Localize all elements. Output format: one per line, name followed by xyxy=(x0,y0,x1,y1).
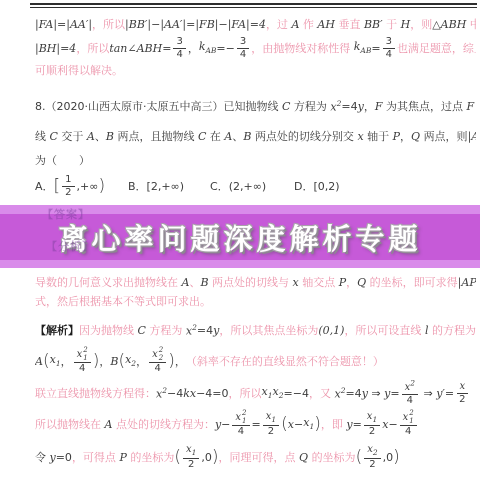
topic-banner: 离心率问题深度解析专题 【答案】 【分析】 xyxy=(0,205,480,268)
question-8-line-1: 8.（2020·山西太原市·太原五中高三）已知抛物线 C 方程为 x2=4y，F… xyxy=(35,96,476,116)
previous-solution-line-1: |FA|=|AA′|，所以|BB′|−|AA′|=|FB|−|FA|=4，过 A… xyxy=(35,14,476,34)
solution-system-line: 联立直线抛物线方程得：x2−4kx−4=0，所以x1x2=−4，又 x2=4y … xyxy=(35,378,476,408)
question-8-line-3: 为（ ） xyxy=(35,152,476,168)
option-d: D．[0,2) xyxy=(294,178,340,194)
worksheet-page: |FA|=|AA′|，所以|BB′|−|AA′|=|FB|−|FA|=4，过 A… xyxy=(0,0,480,480)
previous-solution-line-3: 可顺利得以解决。 xyxy=(35,62,476,78)
solution-tangent-line: 所以抛物线在 A 点处的切线方程为：y−x214=x12(x−x1)，即 y=x… xyxy=(35,408,476,440)
bleed-answer-label: 【答案】 xyxy=(42,206,90,222)
option-c: C．(2,+∞) xyxy=(210,178,294,194)
option-b: B．[2,+∞) xyxy=(128,178,210,194)
option-a: A．[12,+∞) xyxy=(35,174,128,198)
solution-header-line: 【解析】因为抛物线 C 方程为 x2=4y，所以其焦点坐标为(0,1)，所以可设… xyxy=(35,318,476,342)
previous-solution-line-2: |BH|=4，所以tan∠ABH=34，kAB=−34，由抛物线对称性得 kAB… xyxy=(35,34,476,62)
bleed-analysis-label: 【分析】 xyxy=(46,238,94,254)
analysis-line-1: 导数的几何意义求出抛物线在 A、B 两点处的切线与 x 轴交点 P，Q 的坐标，… xyxy=(35,272,476,292)
banner-bottom-edge xyxy=(0,260,480,268)
options-row: A．[12,+∞) B．[2,+∞) C．(2,+∞) D．[0,2) xyxy=(35,170,476,202)
question-8-line-2: 线 C 交于 A、B 两点，且抛物线 C 在 A、B 两点处的切线分别交 x 轴… xyxy=(35,124,476,148)
banner-title: 离心率问题深度解析专题 xyxy=(58,217,421,258)
analysis-line-2: 式，然后根据基本不等式即可求出。 xyxy=(35,292,476,310)
solution-pq-coords-line: 令 y=0，可得点 P 的坐标为(x12,0)，同理可得，点 Q 的坐标为(x2… xyxy=(35,440,476,474)
solution-ab-points-line: A(x1，x214)，B(x2，x224)，（斜率不存在的直线显然不符合题意！） xyxy=(35,344,476,378)
